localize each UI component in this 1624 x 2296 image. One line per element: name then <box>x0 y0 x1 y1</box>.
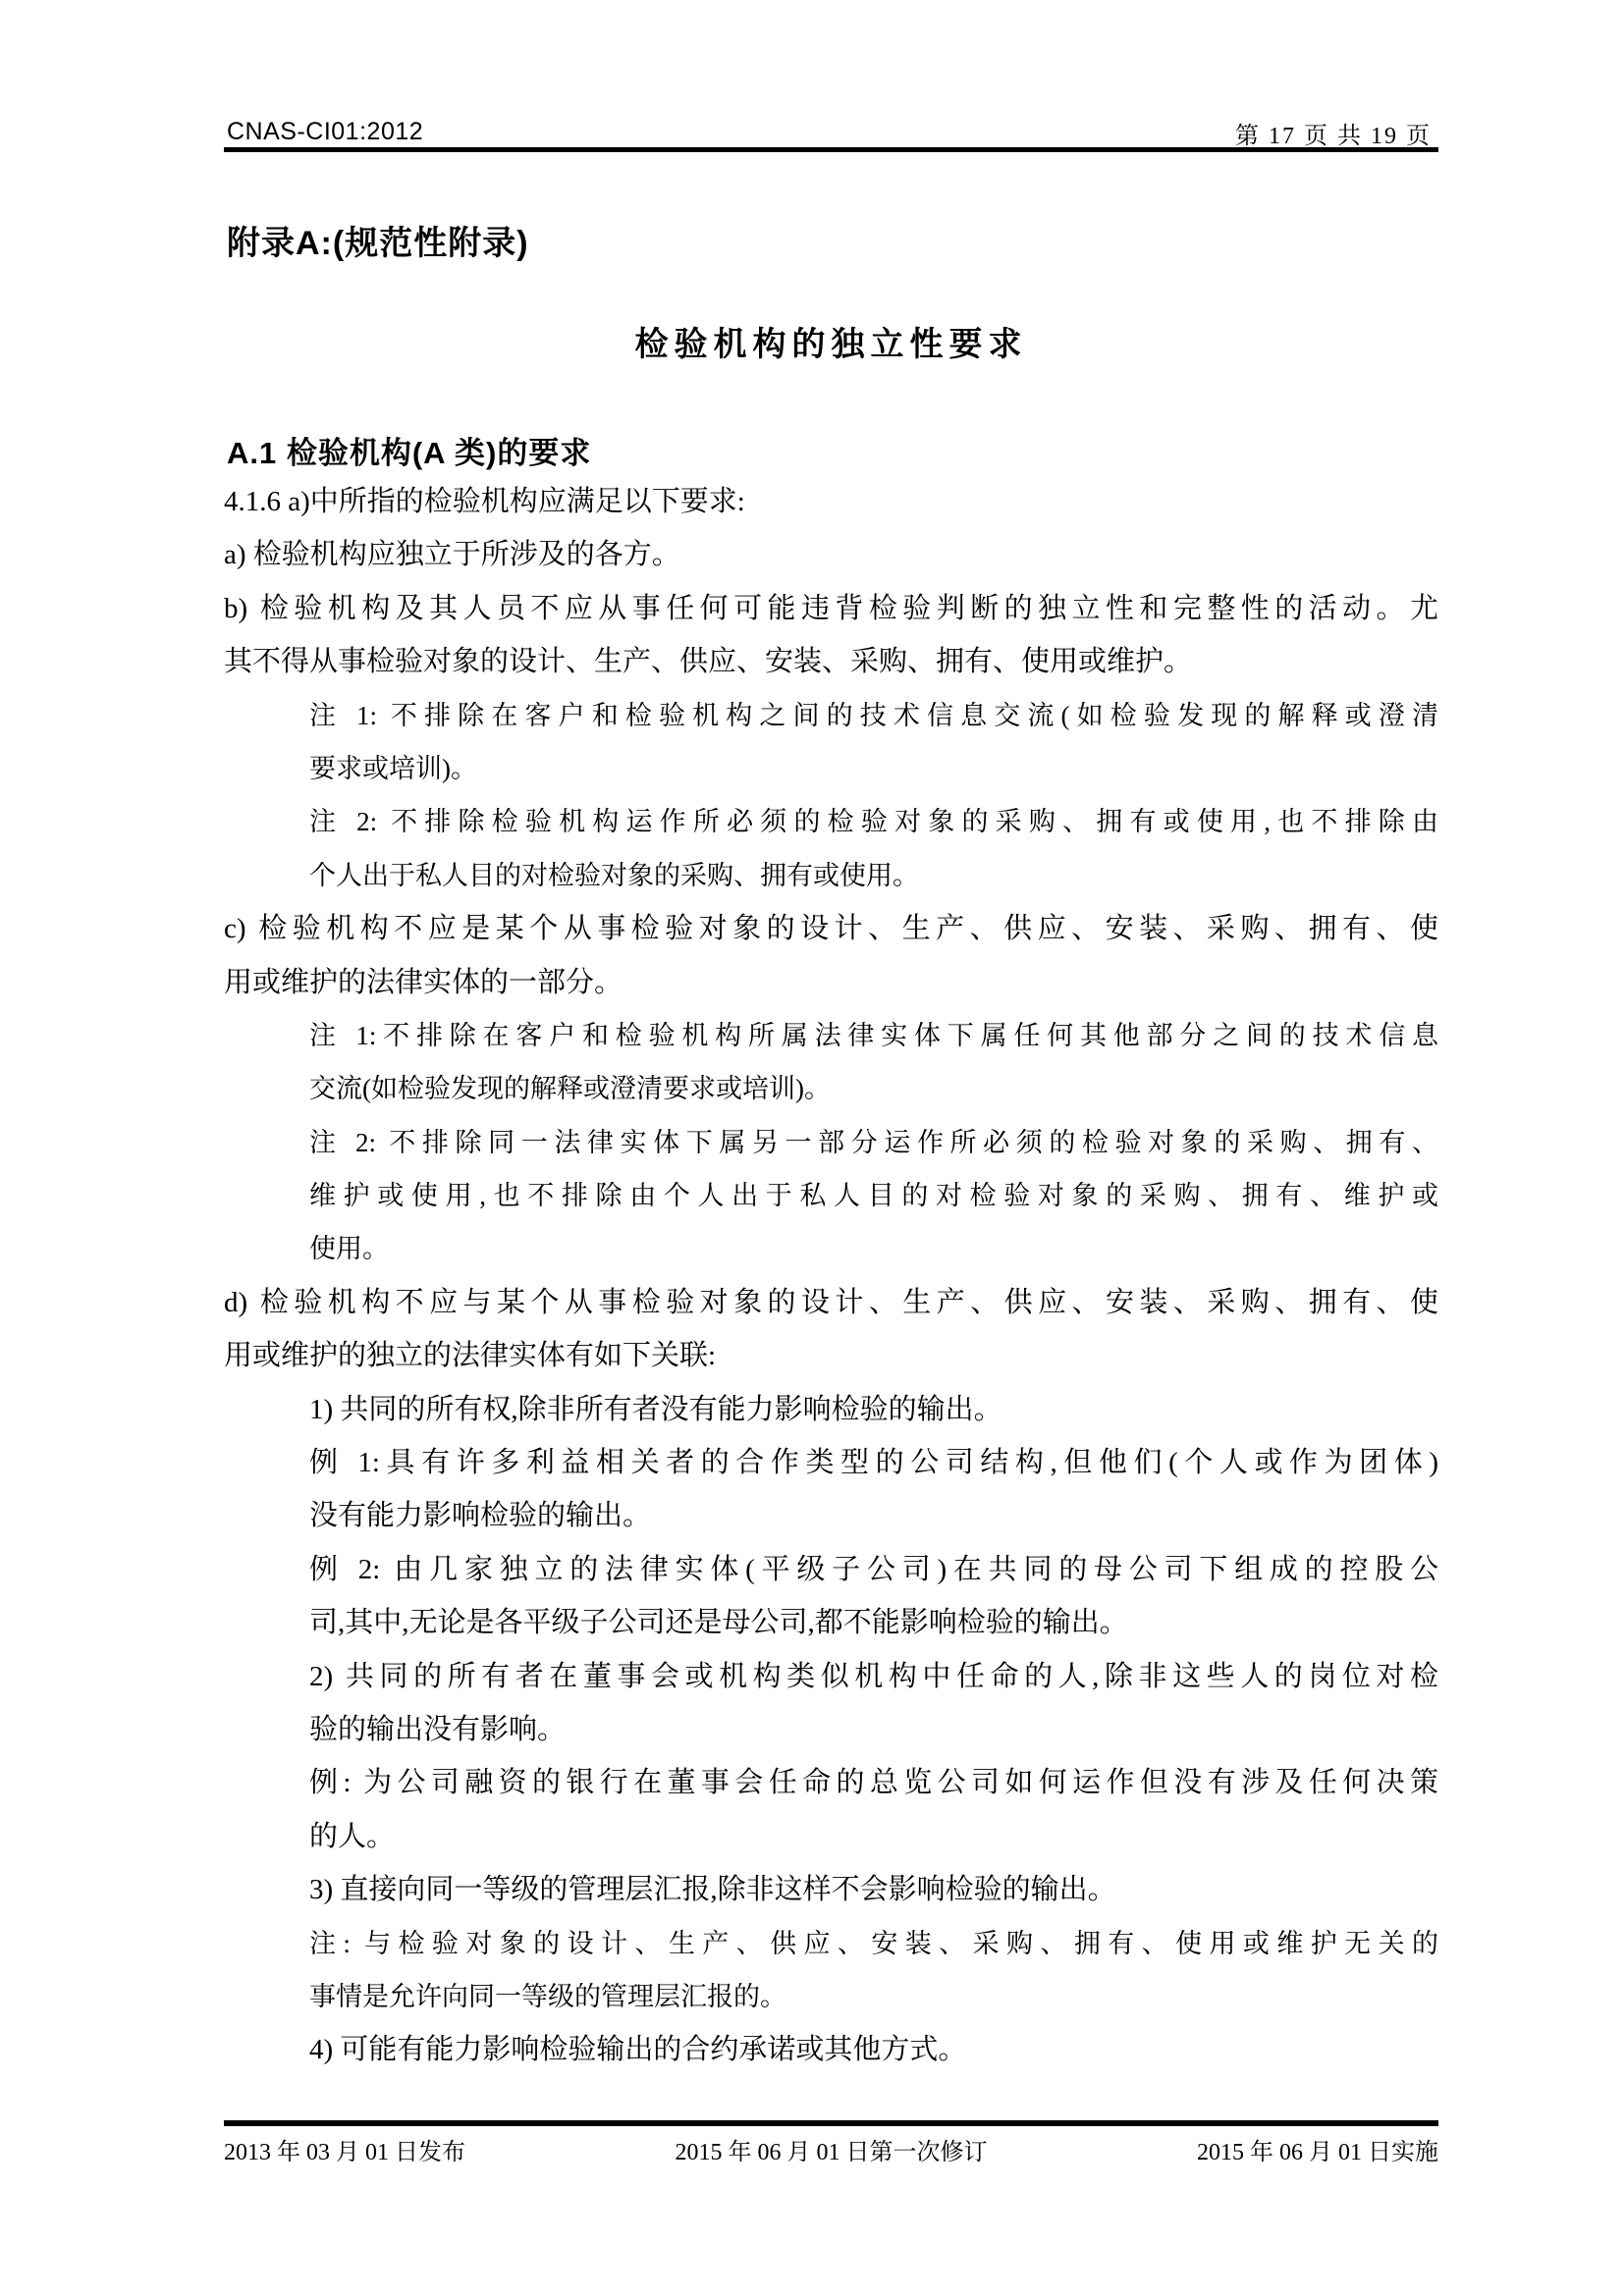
body-line: 注 2: 不排除检验机构运作所必须的检验对象的采购、拥有或使用,也不排除由 <box>224 795 1438 848</box>
document-title: 检验机构的独立性要求 <box>224 317 1438 365</box>
body-line: 注: 与检验对象的设计、生产、供应、安装、采购、拥有、使用或维护无关的 <box>224 1917 1438 1970</box>
body-line: c) 检验机构不应是某个从事检验对象的设计、生产、供应、安装、采购、拥有、使 <box>224 902 1438 955</box>
body-line: 用或维护的法律实体的一部分。 <box>224 956 1438 1009</box>
body-line: 1) 共同的所有权,除非所有者没有能力影响检验的输出。 <box>224 1383 1438 1436</box>
page-footer: 2013 年 03 月 01 日发布 2015 年 06 月 01 日第一次修订… <box>224 2132 1438 2166</box>
body-line: 2) 共同的所有者在董事会或机构类似机构中任命的人,除非这些人的岗位对检 <box>224 1650 1438 1703</box>
body-line: 的人。 <box>224 1810 1438 1863</box>
body-line: 要求或培训)。 <box>224 742 1438 795</box>
body-line: 其不得从事检验对象的设计、生产、供应、安装、采购、拥有、使用或维护。 <box>224 635 1438 688</box>
body-line: 事情是允许向同一等级的管理层汇报的。 <box>224 1970 1438 2023</box>
body-line: 个人出于私人目的对检验对象的采购、拥有或使用。 <box>224 849 1438 902</box>
body-line: 3) 直接向同一等级的管理层汇报,除非这样不会影响检验的输出。 <box>224 1863 1438 1916</box>
body-line: 例 1:具有许多利益相关者的合作类型的公司结构,但他们(个人或作为团体) <box>224 1436 1438 1489</box>
header-doc-code: CNAS-CI01:2012 <box>227 118 423 146</box>
footer-implementation-date: 2015 年 06 月 01 日实施 <box>1197 2132 1438 2166</box>
body-line: 注 2: 不排除同一法律实体下属另一部分运作所必须的检验对象的采购、拥有、 <box>224 1116 1438 1169</box>
body-line: 验的输出没有影响。 <box>224 1703 1438 1756</box>
document-page: CNAS-CI01:2012 第 17 页 共 19 页 附录A:(规范性附录)… <box>0 0 1624 2296</box>
footer-issue-date: 2013 年 03 月 01 日发布 <box>224 2132 465 2166</box>
section-heading: A.1 检验机构(A 类)的要求 <box>227 428 591 472</box>
appendix-heading: 附录A:(规范性附录) <box>227 216 529 264</box>
body-line: d) 检验机构不应与某个从事检验对象的设计、生产、供应、安装、采购、拥有、使 <box>224 1276 1438 1329</box>
body-line: 使用。 <box>224 1222 1438 1275</box>
header-rule <box>224 147 1438 152</box>
footer-rule <box>224 2120 1438 2126</box>
body-line: 4) 可能有能力影响检验输出的合约承诺或其他方式。 <box>224 2023 1438 2076</box>
body-line: 例 2: 由几家独立的法律实体(平级子公司)在共同的母公司下组成的控股公 <box>224 1543 1438 1596</box>
body-line: b) 检验机构及其人员不应从事任何可能违背检验判断的独立性和完整性的活动。尤 <box>224 582 1438 635</box>
body-line: 没有能力影响检验的输出。 <box>224 1489 1438 1542</box>
header-page-number: 第 17 页 共 19 页 <box>1235 116 1432 150</box>
footer-revision-date: 2015 年 06 月 01 日第一次修订 <box>676 2132 988 2166</box>
body-line: 用或维护的独立的法律实体有如下关联: <box>224 1329 1438 1382</box>
body-line: a) 检验机构应独立于所涉及的各方。 <box>224 528 1438 581</box>
body-text: 4.1.6 a)中所指的检验机构应满足以下要求:a) 检验机构应独立于所涉及的各… <box>224 475 1438 2077</box>
body-line: 注 1: 不排除在客户和检验机构之间的技术信息交流(如检验发现的解释或澄清 <box>224 689 1438 742</box>
body-line: 维护或使用,也不排除由个人出于私人目的对检验对象的采购、拥有、维护或 <box>224 1169 1438 1222</box>
body-line: 交流(如检验发现的解释或澄清要求或培训)。 <box>224 1062 1438 1115</box>
body-line: 注 1:不排除在客户和检验机构所属法律实体下属任何其他部分之间的技术信息 <box>224 1009 1438 1062</box>
body-line: 4.1.6 a)中所指的检验机构应满足以下要求: <box>224 475 1438 528</box>
body-line: 司,其中,无论是各平级子公司还是母公司,都不能影响检验的输出。 <box>224 1596 1438 1649</box>
body-line: 例: 为公司融资的银行在董事会任命的总览公司如何运作但没有涉及任何决策 <box>224 1756 1438 1809</box>
